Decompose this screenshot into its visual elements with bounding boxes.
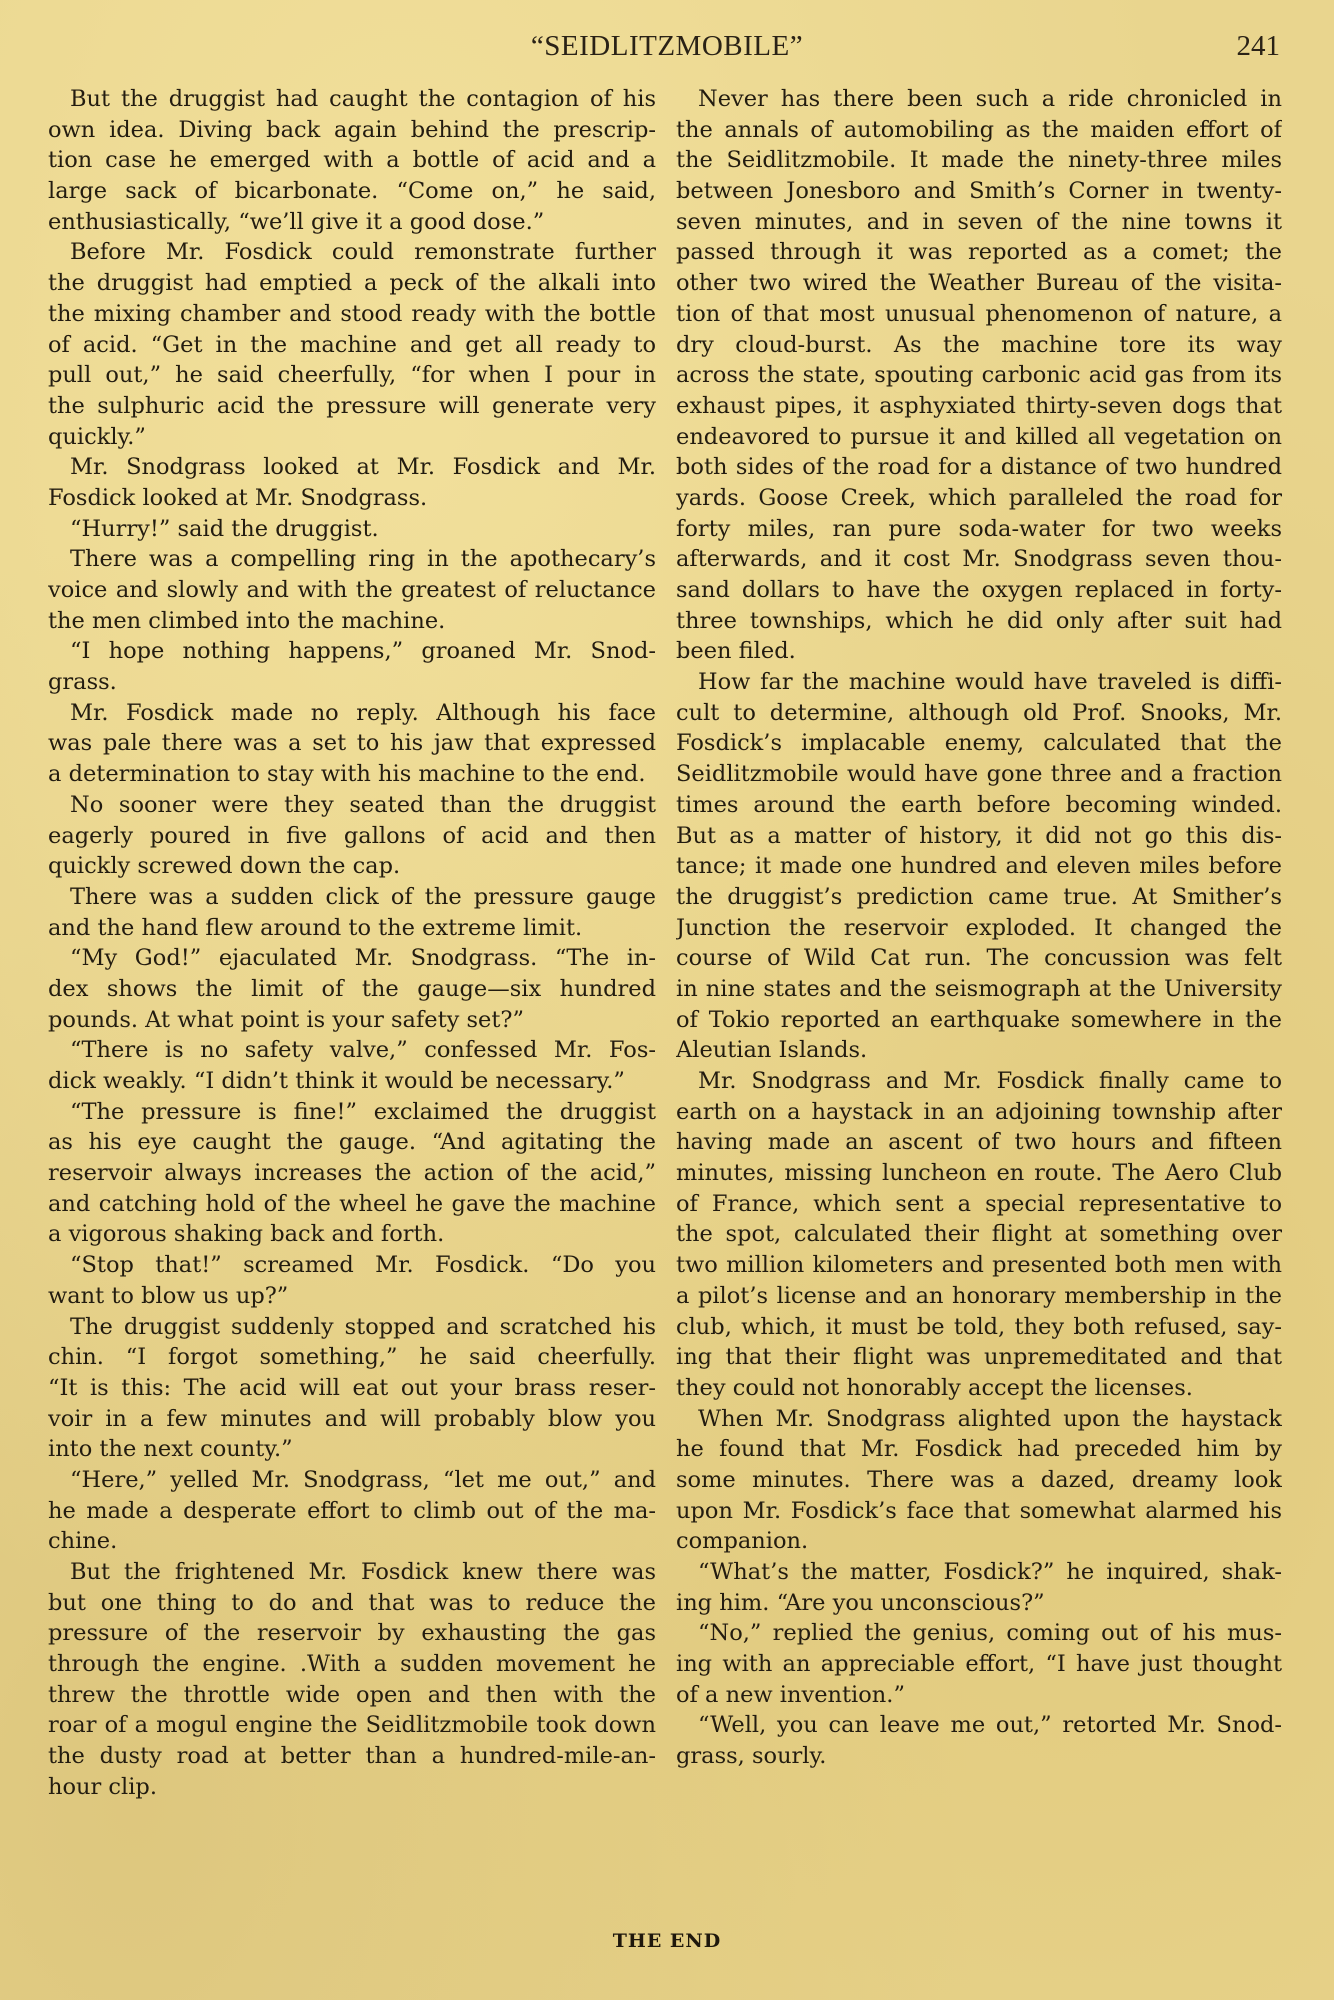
text-line: both sides of the road for a distance of… [676, 452, 1282, 483]
text-line: Mr. Snodgrass and Mr. Fosdick finally ca… [676, 1066, 1282, 1097]
text-line: roar of a mogul engine the Seidlitzmobil… [48, 1710, 656, 1741]
text-line: “Hurry!” said the druggist. [48, 514, 656, 545]
text-line: chine. [48, 1526, 656, 1557]
text-line: want to blow us up?” [48, 1281, 656, 1312]
text-line: “Here,” yelled Mr. Snodgrass, “let me ou… [48, 1465, 656, 1496]
text-line: the Seidlitzmobile. It made the ninety-t… [676, 145, 1282, 176]
text-line: How far the machine would have traveled … [676, 667, 1282, 698]
text-line: voice and slowly and with the greatest o… [48, 575, 656, 606]
text-line: he made a desperate effort to climb out … [48, 1496, 656, 1527]
text-line: “Well, you can leave me out,” retorted M… [676, 1710, 1282, 1741]
text-line: “No,” replied the genius, coming out of … [676, 1618, 1282, 1649]
text-line: pounds. At what point is your safety set… [48, 1005, 656, 1036]
text-line: other two wired the Weather Bureau of th… [676, 268, 1282, 299]
text-line: earth on a haystack in an adjoining town… [676, 1097, 1282, 1128]
text-line: the druggist’s prediction came true. At … [676, 882, 1282, 913]
text-line: chin. “I forgot something,” he said chee… [48, 1342, 656, 1373]
page-number: 241 [1237, 30, 1281, 63]
text-line: There was a compelling ring in the apoth… [48, 544, 656, 575]
text-line: own idea. Diving back again behind the p… [48, 115, 656, 146]
text-line: but one thing to do and that was to redu… [48, 1588, 656, 1619]
text-line: ing with an appreciable effort, “I have … [676, 1649, 1282, 1680]
text-line: Mr. Snodgrass looked at Mr. Fosdick and … [48, 452, 656, 483]
text-line: the mixing chamber and stood ready with … [48, 299, 656, 330]
text-line: and the hand flew around to the extreme … [48, 913, 656, 944]
text-line: the men climbed into the machine. [48, 606, 656, 637]
text-line: in nine states and the seismograph at th… [676, 974, 1282, 1005]
text-line: course of Wild Cat run. The concussion w… [676, 943, 1282, 974]
text-line: was pale there was a set to his jaw that… [48, 728, 656, 759]
text-line: and catching hold of the wheel he gave t… [48, 1189, 656, 1220]
text-line: the annals of automobiling as the maiden… [676, 115, 1282, 146]
text-line: The druggist suddenly stopped and scratc… [48, 1312, 656, 1343]
text-line: ing that their flight was unpremeditated… [676, 1342, 1282, 1373]
text-line: of a new invention.” [676, 1680, 1282, 1711]
text-line: tance; it made one hundred and eleven mi… [676, 851, 1282, 882]
text-line: dry cloud-burst. As the machine tore its… [676, 330, 1282, 361]
text-line: There was a sudden click of the pressure… [48, 882, 656, 913]
text-line: Fosdick’s implacable enemy, calculated t… [676, 728, 1282, 759]
end-mark: THE END [0, 1930, 1334, 1952]
text-line: Aleutian Islands. [676, 1035, 1282, 1066]
text-line: they could not honorably accept the lice… [676, 1373, 1282, 1404]
text-line: “I hope nothing happens,” groaned Mr. Sn… [48, 636, 656, 667]
text-line: “The pressure is fine!” exclaimed the dr… [48, 1097, 656, 1128]
text-line: Fosdick looked at Mr. Snodgrass. [48, 483, 656, 514]
text-line: But the frightened Mr. Fosdick knew ther… [48, 1557, 656, 1588]
text-line: threw the throttle wide open and then wi… [48, 1680, 656, 1711]
text-line: quickly.” [48, 422, 656, 453]
text-line: yards. Goose Creek, which paralleled the… [676, 483, 1282, 514]
text-line: But as a matter of history, it did not g… [676, 821, 1282, 852]
text-line: cult to determine, although old Prof. Sn… [676, 698, 1282, 729]
text-line: voir in a few minutes and will probably … [48, 1404, 656, 1435]
text-line: Never has there been such a ride chronic… [676, 84, 1282, 115]
text-line: the druggist had emptied a peck of the a… [48, 268, 656, 299]
text-line: three townships, which he did only after… [676, 606, 1282, 637]
text-line: tion of that most unusual phenomenon of … [676, 299, 1282, 330]
text-line: Before Mr. Fosdick could remonstrate fur… [48, 237, 656, 268]
running-title: “SEIDLITZMOBILE” [0, 30, 1334, 63]
text-line: tion case he emerged with a bottle of ac… [48, 145, 656, 176]
text-line: a pilot’s license and an honorary member… [676, 1281, 1282, 1312]
text-line: a vigorous shaking back and forth. [48, 1219, 656, 1250]
text-line: hour clip. [48, 1772, 656, 1803]
page-header: “SEIDLITZMOBILE” 241 [0, 30, 1334, 70]
text-line: through the engine. .With a sudden movem… [48, 1649, 656, 1680]
text-line: exhaust pipes, it asphyxiated thirty-sev… [676, 391, 1282, 422]
text-line: grass, sourly. [676, 1741, 1282, 1772]
text-line: endeavored to pursue it and killed all v… [676, 422, 1282, 453]
text-line: pull out,” he said cheerfully, “for when… [48, 360, 656, 391]
text-line: of acid. “Get in the machine and get all… [48, 330, 656, 361]
left-text-column: But the druggist had caught the contagio… [48, 84, 656, 1803]
text-line: But the druggist had caught the contagio… [48, 84, 656, 115]
text-line: of Tokio reported an earthquake somewher… [676, 1005, 1282, 1036]
text-line: the sulphuric acid the pressure will gen… [48, 391, 656, 422]
text-line: been filed. [676, 636, 1282, 667]
text-line: “My God!” ejaculated Mr. Snodgrass. “The… [48, 943, 656, 974]
text-line: large sack of bicarbonate. “Come on,” he… [48, 176, 656, 207]
text-line: forty miles, ran pure soda-water for two… [676, 514, 1282, 545]
text-line: between Jonesboro and Smith’s Corner in … [676, 176, 1282, 207]
text-line: “Stop that!” screamed Mr. Fosdick. “Do y… [48, 1250, 656, 1281]
text-line: quickly screwed down the cap. [48, 851, 656, 882]
text-line: Seidlitzmobile would have gone three and… [676, 759, 1282, 790]
text-line: eagerly poured in five gallons of acid a… [48, 821, 656, 852]
text-line: “There is no safety valve,” confessed Mr… [48, 1035, 656, 1066]
text-line: two million kilometers and presented bot… [676, 1250, 1282, 1281]
text-line: seven minutes, and in seven of the nine … [676, 207, 1282, 238]
text-line: a determination to stay with his machine… [48, 759, 656, 790]
text-line: of France, which sent a special represen… [676, 1189, 1282, 1220]
text-line: “What’s the matter, Fosdick?” he inquire… [676, 1557, 1282, 1588]
text-line: pressure of the reservoir by exhausting … [48, 1618, 656, 1649]
right-text-column: Never has there been such a ride chronic… [676, 84, 1282, 1772]
text-line: some minutes. There was a dazed, dreamy … [676, 1465, 1282, 1496]
text-line: ing him. “Are you unconscious?” [676, 1588, 1282, 1619]
text-line: as his eye caught the gauge. “And agitat… [48, 1127, 656, 1158]
text-line: When Mr. Snodgrass alighted upon the hay… [676, 1404, 1282, 1435]
text-line: Mr. Fosdick made no reply. Although his … [48, 698, 656, 729]
text-line: passed through it was reported as a come… [676, 237, 1282, 268]
text-line: reservoir always increases the action of… [48, 1158, 656, 1189]
text-line: club, which, it must be told, they both … [676, 1312, 1282, 1343]
text-line: “It is this: The acid will eat out your … [48, 1373, 656, 1404]
text-line: upon Mr. Fosdick’s face that somewhat al… [676, 1496, 1282, 1527]
text-line: times around the earth before becoming w… [676, 790, 1282, 821]
text-line: dex shows the limit of the gauge—six hun… [48, 974, 656, 1005]
text-line: minutes, missing luncheon en route. The … [676, 1158, 1282, 1189]
text-line: grass. [48, 667, 656, 698]
text-line: Junction the reservoir exploded. It chan… [676, 913, 1282, 944]
text-line: enthusiastically, “we’ll give it a good … [48, 207, 656, 238]
text-line: the dusty road at better than a hundred-… [48, 1741, 656, 1772]
text-line: sand dollars to have the oxygen replaced… [676, 575, 1282, 606]
text-line: having made an ascent of two hours and f… [676, 1127, 1282, 1158]
text-line: he found that Mr. Fosdick had preceded h… [676, 1434, 1282, 1465]
text-line: dick weakly. “I didn’t think it would be… [48, 1066, 656, 1097]
text-line: companion. [676, 1526, 1282, 1557]
text-line: No sooner were they seated than the drug… [48, 790, 656, 821]
text-line: into the next county.” [48, 1434, 656, 1465]
text-line: afterwards, and it cost Mr. Snodgrass se… [676, 544, 1282, 575]
text-line: across the state, spouting carbonic acid… [676, 360, 1282, 391]
text-line: the spot, calculated their flight at som… [676, 1219, 1282, 1250]
